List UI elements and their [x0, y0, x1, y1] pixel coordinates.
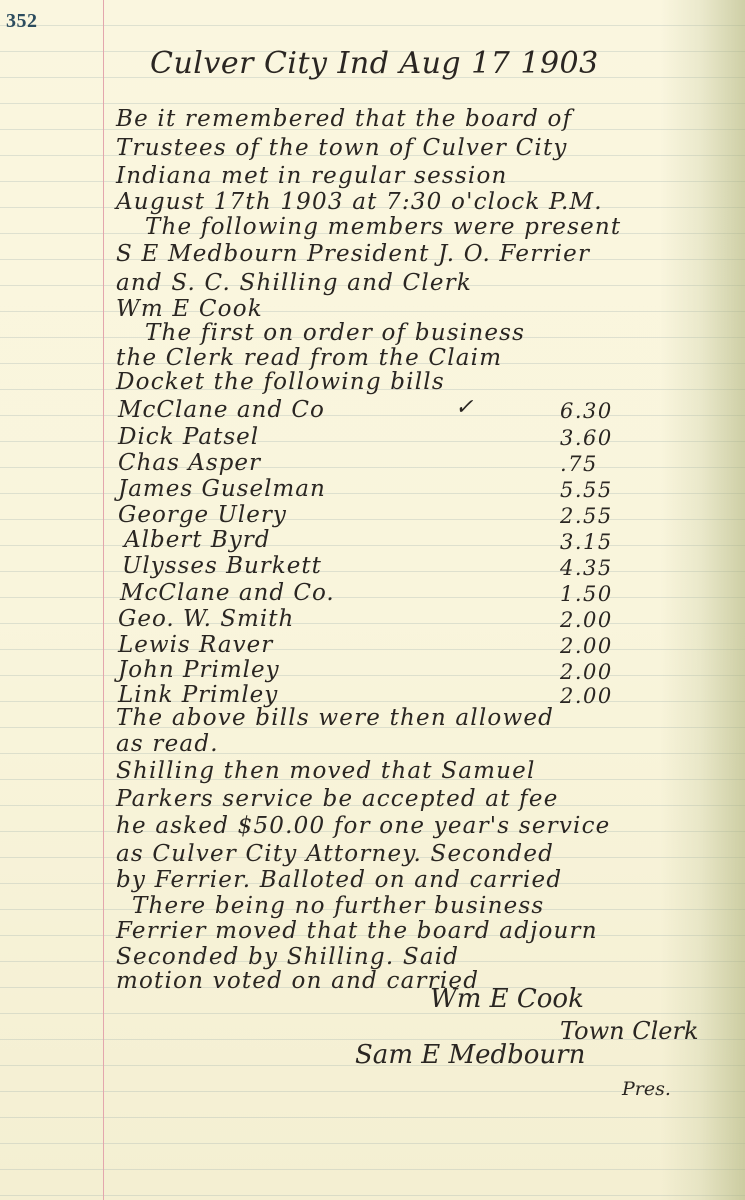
bill-amount: 5.55	[560, 478, 630, 502]
attendance-line: Wm E Cook	[116, 296, 263, 322]
bill-payee: McClane and Co	[118, 397, 325, 423]
president-signature: Sam E Medbourn	[355, 1040, 585, 1070]
page-number: 352	[6, 10, 38, 33]
bill-amount: 3.60	[560, 426, 630, 450]
attorney-motion-line: by Ferrier. Balloted on and carried	[116, 867, 562, 893]
preamble-line: August 17th 1903 at 7:30 o'clock P.M.	[116, 189, 603, 215]
bill-payee: George Ulery	[118, 502, 287, 528]
bill-payee: Dick Patsel	[118, 424, 259, 450]
margin-rule	[103, 0, 104, 1200]
bill-payee: James Guselman	[118, 476, 326, 502]
attendance-line: The following members were present	[145, 214, 621, 240]
minutes-heading: Culver City Ind Aug 17 1903	[150, 46, 599, 81]
bill-amount: 3.15	[560, 530, 630, 554]
bill-payee: Chas Asper	[118, 450, 261, 476]
preamble-line: Indiana met in regular session	[116, 163, 508, 189]
bill-payee: John Primley	[118, 657, 280, 683]
bill-amount: 4.35	[560, 556, 630, 580]
ledger-page: 352 Culver City Ind Aug 17 1903 Be it re…	[0, 0, 745, 1200]
preamble-line: Trustees of the town of Culver City	[116, 135, 568, 161]
bill-amount: .75	[560, 452, 630, 476]
adjournment-line: Seconded by Shilling. Said	[116, 944, 459, 970]
bills-allowed-line: as read.	[116, 731, 219, 757]
attorney-motion-line: Shilling then moved that Samuel	[116, 758, 536, 784]
attorney-motion-line: Parkers service be accepted at fee	[116, 786, 559, 812]
bill-payee: Geo. W. Smith	[118, 606, 294, 632]
bill-payee: Lewis Raver	[118, 632, 273, 658]
president-title: Pres.	[622, 1078, 671, 1100]
bill-amount: 2.00	[560, 608, 630, 632]
business-intro-line: Docket the following bills	[116, 369, 445, 395]
bill-amount: 2.00	[560, 634, 630, 658]
bill-amount: 2.00	[560, 660, 630, 684]
attendance-line: and S. C. Shilling and Clerk	[116, 270, 472, 296]
attorney-motion-line: he asked $50.00 for one year's service	[116, 813, 610, 839]
business-intro-line: the Clerk read from the Claim	[116, 345, 502, 371]
bill-payee: Albert Byrd	[124, 527, 270, 553]
adjournment-line: There being no further business	[132, 893, 544, 919]
preamble-line: Be it remembered that the board of	[116, 106, 572, 132]
business-intro-line: The first on order of business	[145, 320, 525, 346]
clerk-signature: Wm E Cook	[430, 984, 584, 1014]
adjournment-line: Ferrier moved that the board adjourn	[116, 918, 598, 944]
bill-amount: 2.55	[560, 504, 630, 528]
attendance-line: S E Medbourn President J. O. Ferrier	[116, 241, 590, 267]
attorney-motion-line: as Culver City Attorney. Seconded	[116, 841, 554, 867]
adjournment-line: motion voted on and carried	[116, 968, 479, 994]
bills-allowed-line: The above bills were then allowed	[116, 705, 554, 731]
bill-payee: McClane and Co.	[120, 580, 335, 606]
bill-amount: 1.50	[560, 582, 630, 606]
bill-amount: 2.00	[560, 684, 630, 708]
check-mark-icon: ✓	[455, 395, 473, 420]
bill-amount: 6.30	[560, 399, 630, 423]
bill-payee: Ulysses Burkett	[122, 553, 322, 579]
